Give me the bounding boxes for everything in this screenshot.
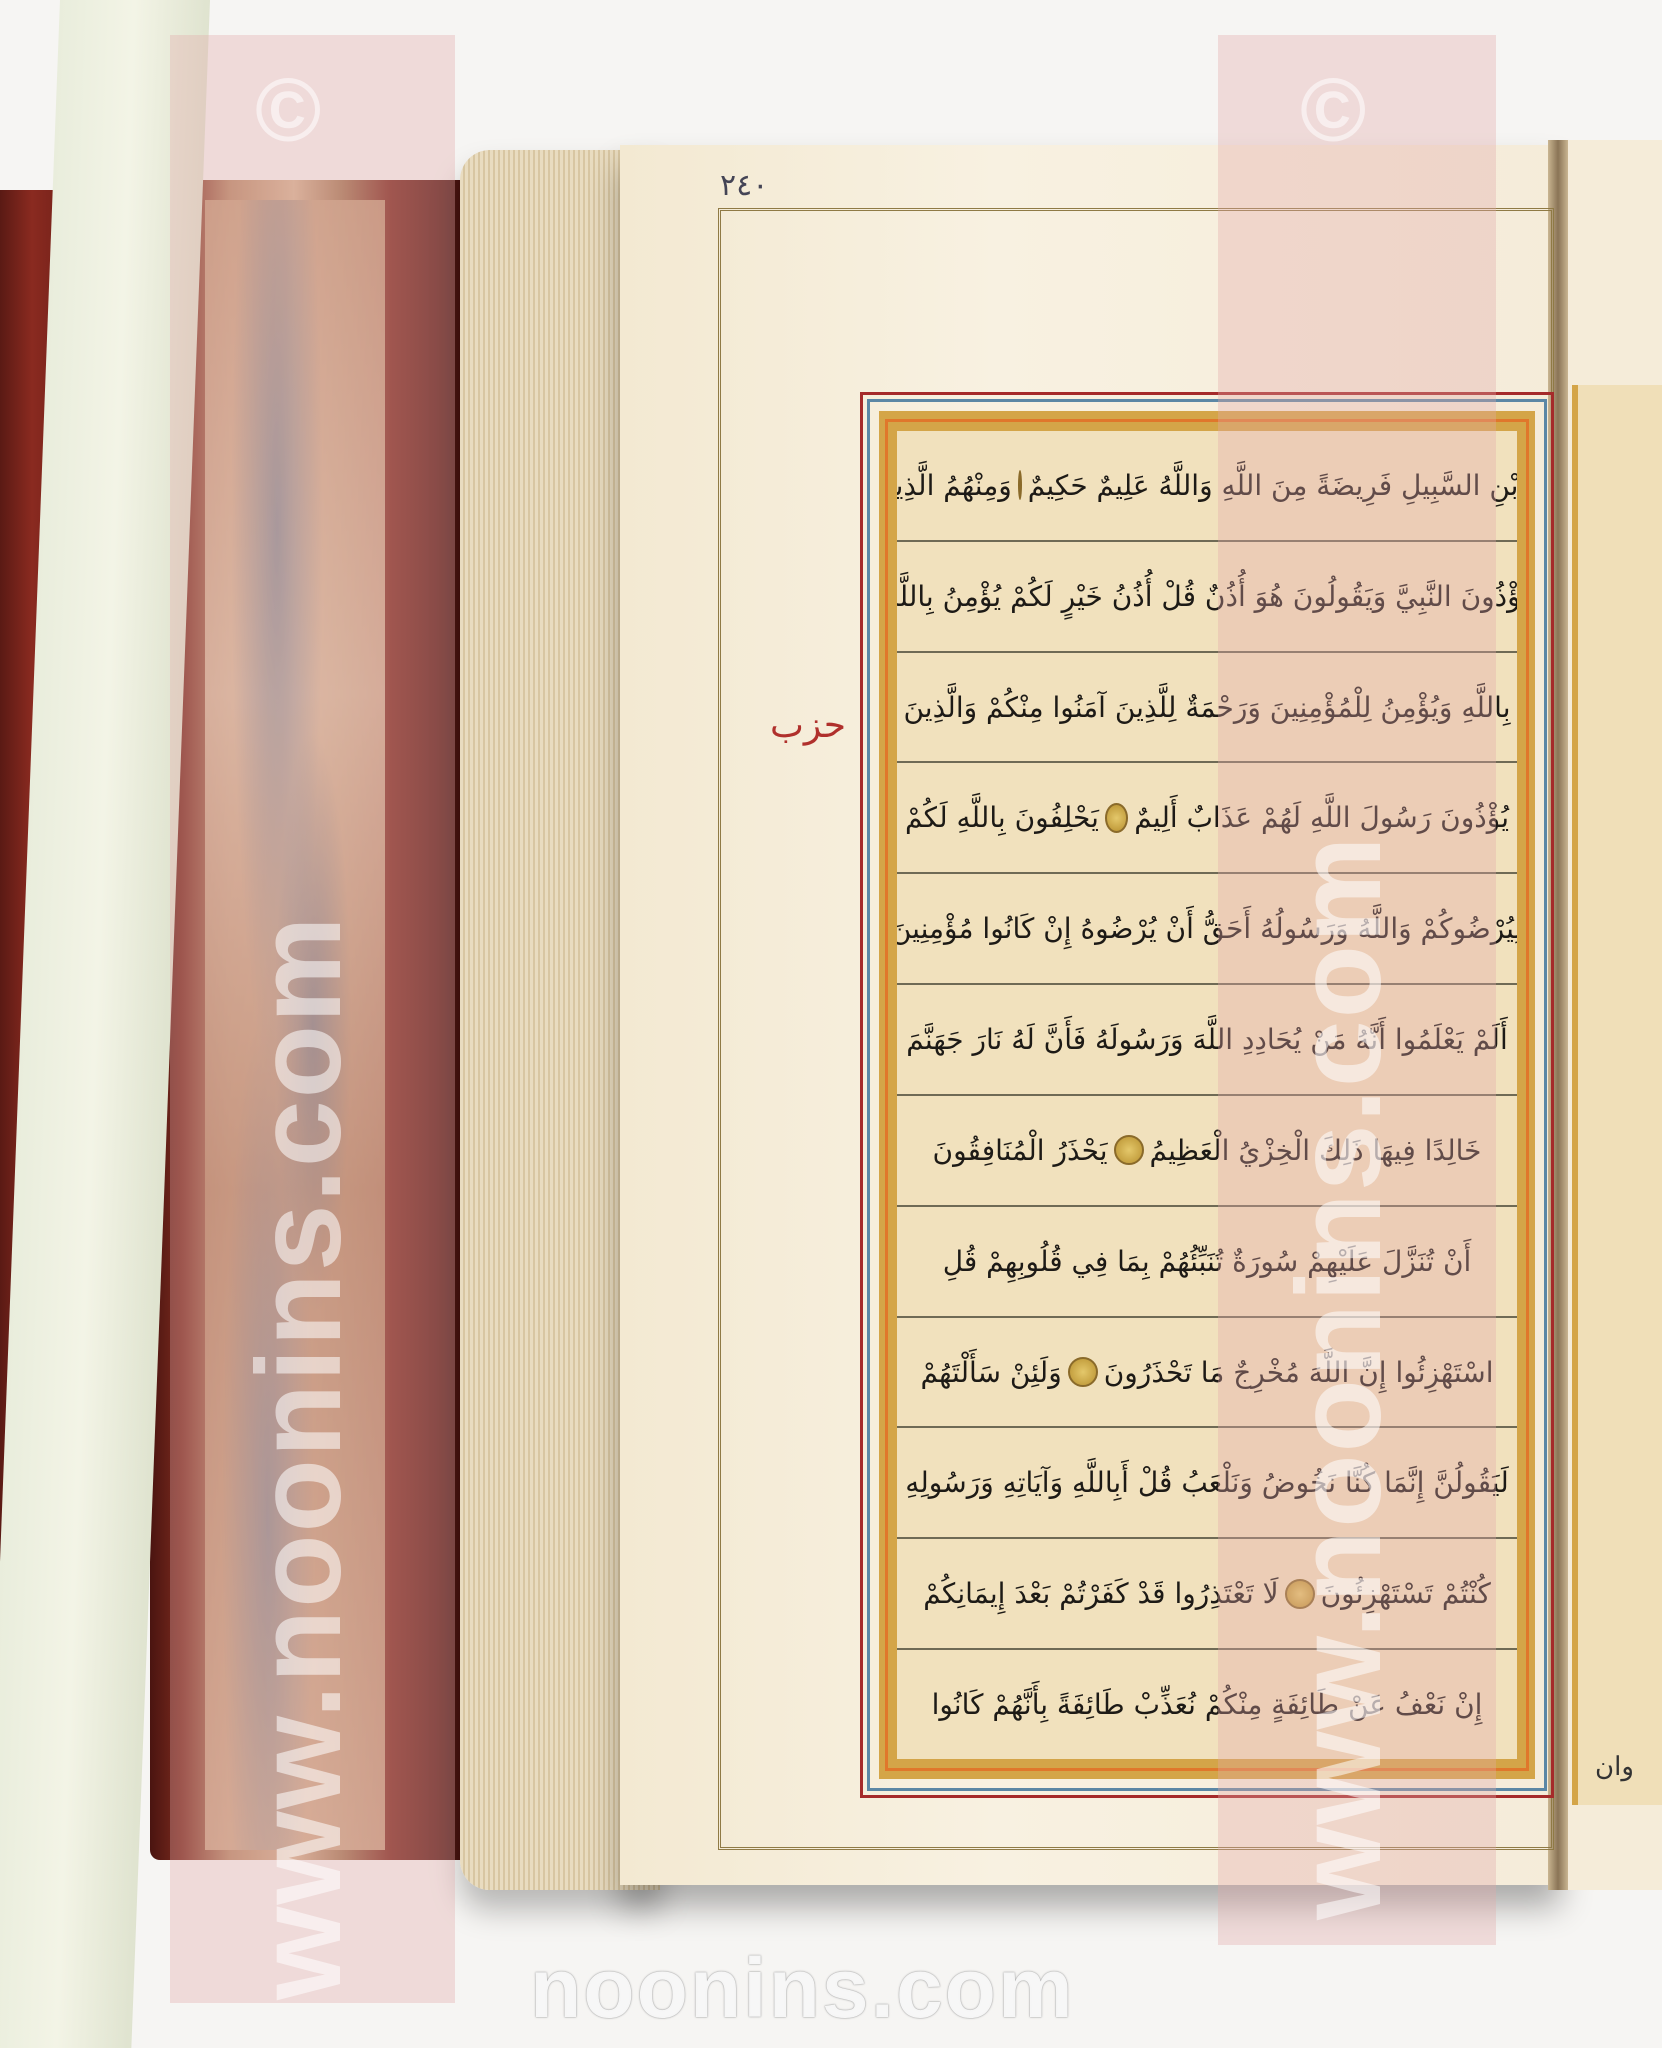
catchword: وان: [1595, 1752, 1634, 1782]
page-number: ٢٤٠: [720, 168, 768, 203]
verse-marker-icon: [1018, 470, 1022, 500]
verse-marker-icon: [1114, 1135, 1144, 1165]
verse-marker-icon: [1068, 1357, 1098, 1387]
copyright-icon: ©: [1300, 60, 1366, 163]
watermark-vertical-right: www.noonins.com: [1270, 834, 1408, 1920]
right-page-text-panel: [1572, 385, 1662, 1805]
verse-marker-icon: [1105, 803, 1128, 833]
hizb-margin-note: حزب: [770, 705, 846, 746]
copyright-icon: ©: [255, 60, 321, 163]
watermark-vertical-left: www.noonins.com: [230, 914, 368, 2000]
watermark-bottom: noonins.com: [530, 1940, 1075, 2037]
